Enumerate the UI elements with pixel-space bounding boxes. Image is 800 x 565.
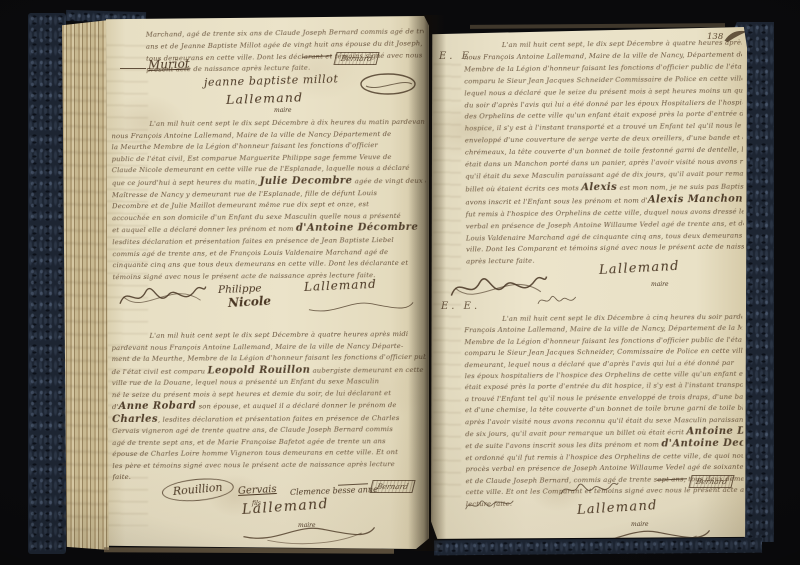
highlighted-name: Antoine Decombre (686, 426, 743, 437)
highlighted-name: Alexis (581, 182, 617, 193)
signature-role-maire: maire (274, 107, 292, 114)
signature-flourish-icon (234, 520, 384, 544)
signature-gervais: Gervais (238, 484, 277, 497)
signature-flourish-icon (306, 296, 416, 316)
page-edges-ink-marks (62, 30, 109, 530)
paraph-dash (338, 483, 368, 486)
signature-role-maire: maire (651, 281, 669, 288)
birth-act-julie-decombre: L'an mil huit cent sept le dix sept Déce… (111, 117, 426, 284)
paraph-bernard-text: Bernard (369, 480, 415, 493)
signature-lallemand: Lallemand (226, 89, 304, 107)
paraph-dash (657, 478, 687, 481)
caption-jeanne-baptiste-millot: jeanne baptiste millot (204, 72, 339, 89)
highlighted-name: d'Antoine Decombre (661, 438, 743, 450)
highlighted-name: Anne Robard (118, 401, 196, 413)
highlighted-name: Charles (112, 413, 158, 424)
manuscript-line: les père et témoins signé avec nous le p… (112, 458, 426, 472)
signature-lallemand: Lallemand (599, 259, 681, 278)
signature-paraph-icon (549, 477, 629, 501)
paraph-bernard: Bernard (657, 469, 733, 488)
under-page-edge (104, 547, 394, 554)
signature-nicole: Nicole (228, 294, 272, 310)
manuscript-line: cinquante cinq ans que tous deux demeura… (112, 258, 426, 272)
right-page: 138 E. E. L'an mil huit cent sept, le di… (431, 27, 747, 542)
under-page-edge (470, 23, 725, 29)
highlighted-name: Alexis Manchon (648, 193, 743, 205)
birth-act-charles-rouillon: L'an mil huit cent sept le dix sept Déce… (111, 329, 426, 484)
book-cover-bottom-edge (434, 538, 762, 556)
book-cover-left-edge (28, 13, 66, 554)
paraph-bernard-text: Bernard (688, 475, 734, 488)
signature-paraph-icon (459, 495, 519, 515)
highlighted-name: d'Antoine Décombre (296, 222, 418, 234)
signature-lallemand: Lallemand (304, 277, 377, 294)
book-cover-right-edge (744, 22, 774, 542)
highlighted-name: Leopold Rouillon (207, 364, 310, 376)
paraph-bernard: Bernard (338, 474, 414, 493)
signature-paraph-icon (527, 291, 591, 309)
ink-dash (120, 68, 146, 69)
signature-paraph-icon (112, 278, 212, 314)
signature-muriot: Muriot (148, 57, 190, 72)
left-page: Marchand, agé de trente six ans de Claud… (106, 16, 429, 549)
paraph-bernard-text: Bernard (333, 52, 379, 65)
margin-note-ee: E. E. (441, 301, 480, 312)
paraph-bernard: Bernard (302, 46, 378, 65)
highlighted-name: Julie Decombre (260, 175, 353, 187)
manuscript-line: que ce jourd'hui à sept heures du matin,… (112, 175, 426, 190)
paraph-dash (302, 55, 332, 58)
register-book-photo: Marchand, agé de trente six ans de Claud… (0, 0, 800, 565)
act-foundling-alexis-manchon: L'an mil huit cent sept, le dix sept Déc… (464, 38, 744, 269)
paraph-flourish-icon (358, 72, 418, 96)
